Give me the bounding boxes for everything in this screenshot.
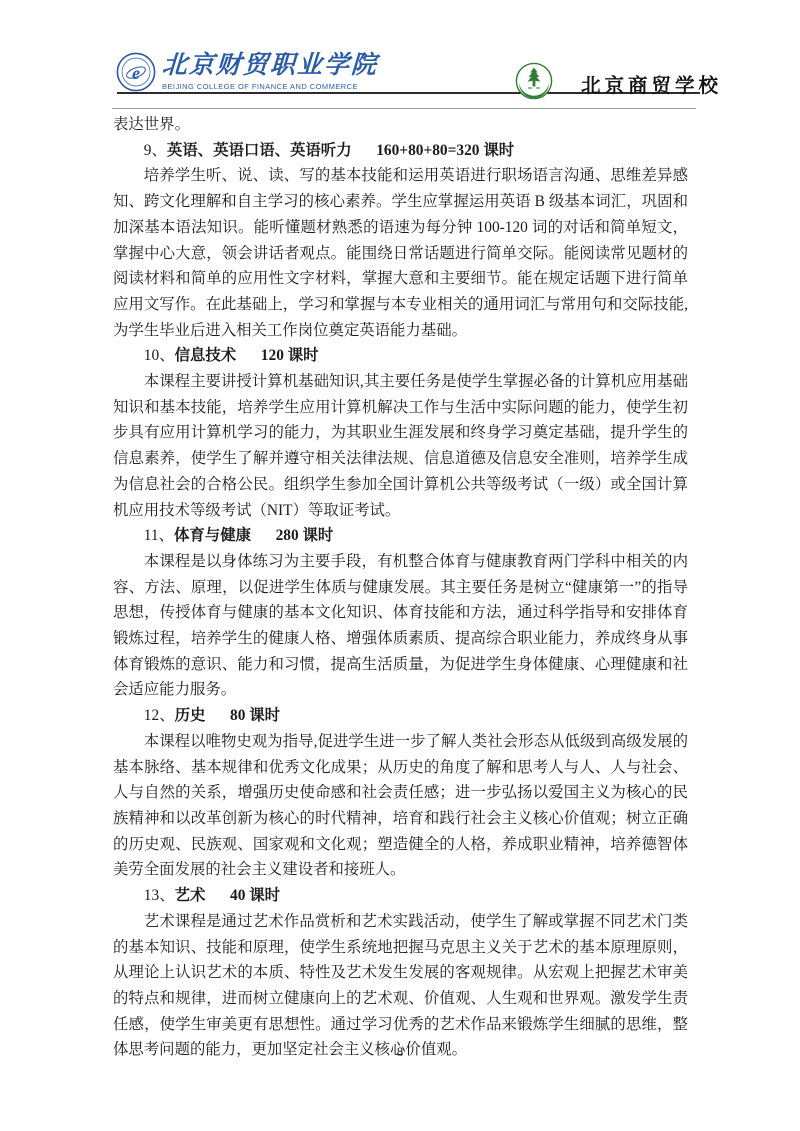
svg-text:e: e (132, 63, 140, 83)
section-paragraph: 培养学生听、说、读、写的基本技能和运用英语进行职场语言沟通、思维差异感知、跨文化… (113, 163, 688, 343)
section-number: 11、 (144, 527, 174, 544)
page-number: 8 (397, 1044, 404, 1059)
section-title: 信息技术 (175, 347, 237, 364)
section-hours: 120 课时 (261, 347, 319, 364)
header-rule-secondary (112, 108, 696, 109)
school-logo: 北京商贸学校 (515, 62, 722, 100)
section-number: 10、 (144, 347, 175, 364)
section-hours: 80 课时 (230, 707, 280, 724)
college-emblem-icon: e (116, 52, 156, 92)
section-title: 艺术 (175, 887, 206, 904)
section-heading: 12、历史80 课时 (113, 703, 688, 729)
college-name-en: BEIJING COLLEGE OF FINANCE AND COMMERCE (162, 82, 378, 91)
section-number: 9、 (144, 142, 167, 159)
school-name-zh: 北京商贸学校 (581, 70, 722, 98)
section-paragraph: 本课程主要讲授计算机基础知识,其主要任务是使学生掌握必备的计算机应用基础知识和基… (113, 369, 688, 523)
section-hours: 280 课时 (276, 527, 334, 544)
section-heading: 13、艺术40 课时 (113, 883, 688, 909)
pine-tree-emblem-icon (515, 62, 553, 100)
section-heading: 10、信息技术120 课时 (113, 343, 688, 369)
document-page: e 北京财贸职业学院 BEIJING COLLEGE OF FINANCE AN… (0, 0, 800, 1131)
section-heading: 9、英语、英语口语、英语听力160+80+80=320 课时 (113, 138, 688, 164)
document-body: 表达世界。 9、英语、英语口语、英语听力160+80+80=320 课时培养学生… (113, 112, 688, 1063)
section-title: 体育与健康 (174, 527, 251, 544)
section-hours: 160+80+80=320 课时 (376, 142, 514, 159)
section-title: 英语、英语口语、英语听力 (167, 142, 352, 159)
section-number: 12、 (144, 707, 175, 724)
continuation-line: 表达世界。 (113, 112, 688, 138)
section-heading: 11、体育与健康280 课时 (113, 523, 688, 549)
page-footer: 8 (0, 1044, 800, 1060)
college-logo: e 北京财贸职业学院 BEIJING COLLEGE OF FINANCE AN… (116, 52, 378, 92)
section-paragraph: 本课程以唯物史观为指导,促进学生进一步了解人类社会形态从低级到高级发展的基本脉络… (113, 729, 688, 883)
section-paragraph: 艺术课程是通过艺术作品赏析和艺术实践活动，使学生了解或掌握不同艺术门类的基本知识… (113, 909, 688, 1063)
section-title: 历史 (175, 707, 206, 724)
section-number: 13、 (144, 887, 175, 904)
college-name-zh: 北京财贸职业学院 (161, 52, 378, 80)
section-paragraph: 本课程是以身体练习为主要手段，有机整合体育与健康教育两门学科中相关的内容、方法、… (113, 549, 688, 703)
course-sections: 9、英语、英语口语、英语听力160+80+80=320 课时培养学生听、说、读、… (113, 138, 688, 1063)
section-hours: 40 课时 (230, 887, 280, 904)
